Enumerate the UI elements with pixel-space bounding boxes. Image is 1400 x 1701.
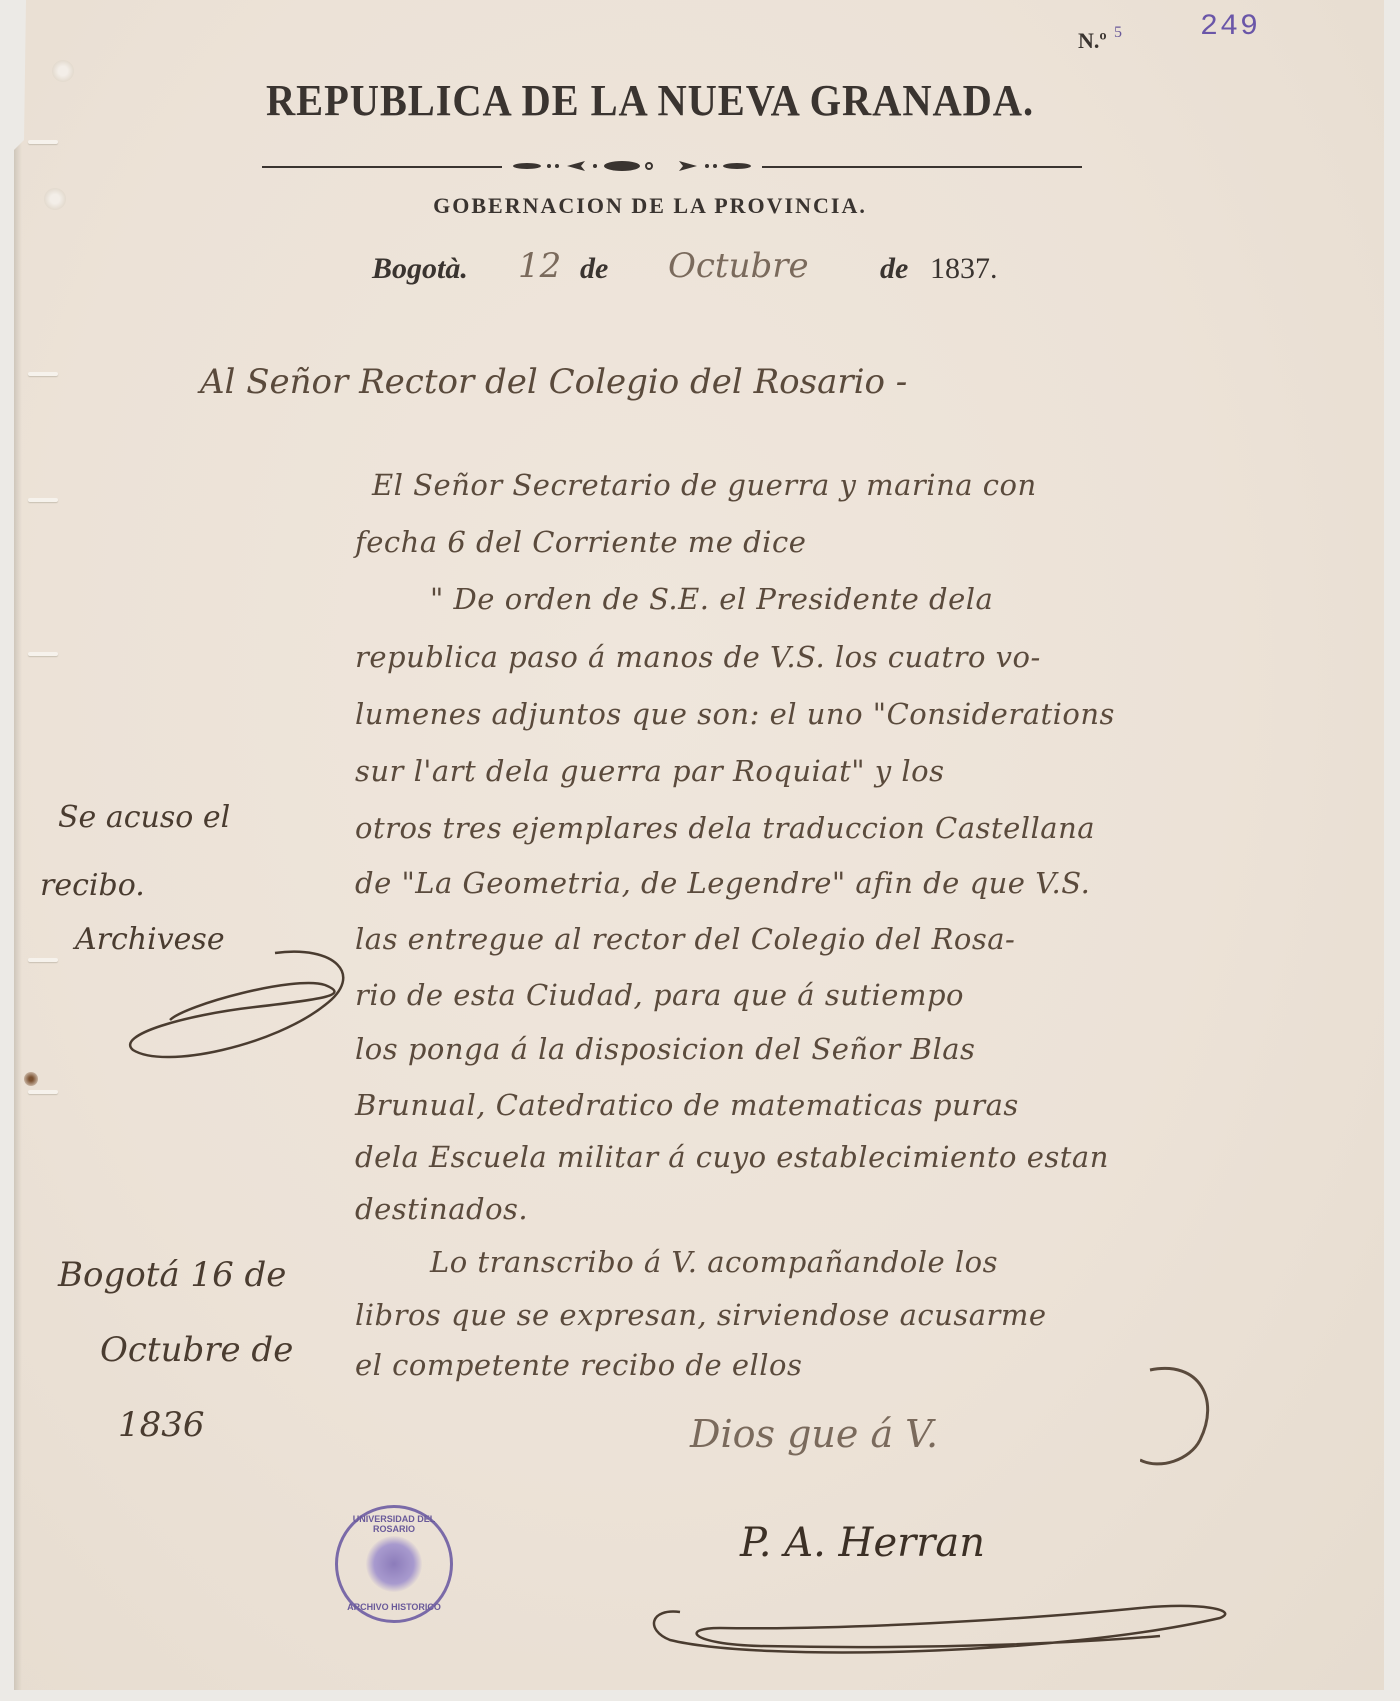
margin-note-date: 1836 <box>118 1405 205 1445</box>
binding-edge <box>14 0 22 1690</box>
ornament-icon <box>507 159 757 173</box>
letterhead-subtitle: GOBERNACION DE LA PROVINCIA. <box>350 193 950 219</box>
number-label: N.º <box>1078 28 1107 54</box>
dateline-year: 1837. <box>930 252 998 286</box>
dateline-day: 12 <box>518 246 561 286</box>
binding-stitch <box>28 652 58 656</box>
letterhead-title: REPUBLICA DE LA NUEVA GRANADA. <box>236 75 1064 126</box>
letter-line: republica paso á manos de V.S. los cuatr… <box>355 640 1041 674</box>
margin-note-receipt: recibo. <box>40 868 145 903</box>
closing: Dios gue á V. <box>690 1412 938 1456</box>
binding-stitch <box>28 1090 58 1094</box>
letter-line: fecha 6 del Corriente me dice <box>355 525 806 559</box>
margin-rubric-icon <box>125 945 365 1075</box>
margin-note-date: Bogotá 16 de <box>58 1255 286 1295</box>
dateline-de: de <box>580 252 608 286</box>
closing-flourish-icon <box>1140 1360 1220 1470</box>
dateline-place: Bogotà. <box>372 252 468 286</box>
binding-stitch <box>28 140 58 144</box>
binding-stitch <box>28 372 58 376</box>
ink-stain <box>24 1072 38 1086</box>
binding-stitch <box>28 958 58 962</box>
margin-note-date: Octubre de <box>100 1330 293 1370</box>
binding-stitch <box>28 498 58 502</box>
salutation: Al Señor Rector del Colegio del Rosario … <box>200 362 907 402</box>
letter-line: rio de esta Ciudad, para que á sutiempo <box>355 978 964 1012</box>
signature: P. A. Herran <box>740 1520 985 1566</box>
emboss-mark <box>44 188 66 210</box>
letter-line: lumenes adjuntos que son: el uno "Consid… <box>355 697 1115 731</box>
letter-line: otros tres ejemplares dela traduccion Ca… <box>355 811 1095 845</box>
university-archive-stamp: UNIVERSIDAD DEL ROSARIO ARCHIVO HISTORIC… <box>335 1505 453 1623</box>
letter-line: sur l'art dela guerra par Roquiat" y los <box>355 754 945 788</box>
signature-rubric-icon <box>640 1600 1240 1670</box>
ornamental-divider <box>262 163 1082 171</box>
stamp-bottom-text: ARCHIVO HISTORICO <box>338 1602 450 1612</box>
margin-note-receipt: Se acuso el <box>58 800 230 835</box>
letter-line: Brunual, Catedratico de matematicas pura… <box>355 1088 1019 1122</box>
letter-line: de "La Geometria, de Legendre" afin de q… <box>355 866 1090 900</box>
archive-number-stamp: 249 <box>1200 10 1260 44</box>
stamp-top-text: UNIVERSIDAD DEL ROSARIO <box>338 1514 450 1534</box>
letter-line: el competente recibo de ellos <box>355 1348 802 1382</box>
letter-line: Lo transcribo á V. acompañandole los <box>430 1245 998 1279</box>
dateline-de: de <box>880 252 908 286</box>
letter-line: las entregue al rector del Colegio del R… <box>355 922 1015 956</box>
emboss-mark <box>52 60 74 82</box>
coat-of-arms-icon <box>366 1536 422 1592</box>
dateline-month: Octubre <box>668 246 809 286</box>
letter-line: El Señor Secretario de guerra y marina c… <box>372 468 1037 502</box>
number-stamp-fragment: 5 <box>1114 24 1122 42</box>
letter-line: libros que se expresan, sirviendose acus… <box>355 1298 1047 1332</box>
letter-line: " De orden de S.E. el Presidente dela <box>430 582 993 616</box>
letter-line: destinados. <box>355 1192 528 1226</box>
letter-line: dela Escuela militar á cuyo establecimie… <box>355 1140 1109 1174</box>
letter-line: los ponga á la disposicion del Señor Bla… <box>355 1032 975 1066</box>
